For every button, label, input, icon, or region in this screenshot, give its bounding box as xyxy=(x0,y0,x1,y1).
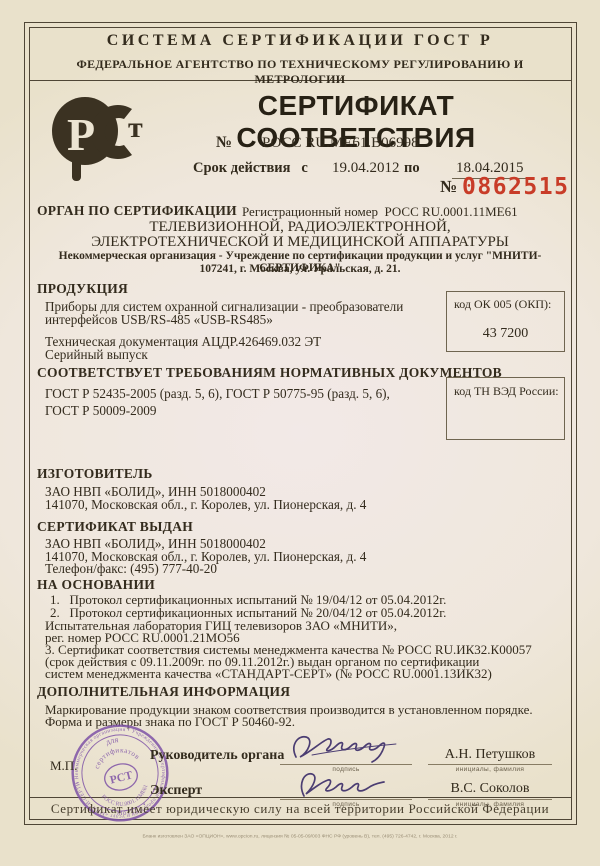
issued-to-section-label: СЕРТИФИКАТ ВЫДАН xyxy=(37,519,193,535)
conformity-line: ГОСТ Р 50009-2009 xyxy=(45,403,157,419)
tnved-code-box: код ТН ВЭД России: xyxy=(446,377,565,440)
head-signature-line xyxy=(280,764,412,765)
expert-role-label: Эксперт xyxy=(150,783,202,799)
cert-no-label: № xyxy=(216,134,232,152)
expert-signature-line xyxy=(280,799,412,800)
form-no-label: № xyxy=(440,177,457,197)
okp-label: код ОК 005 (ОКП): xyxy=(447,292,564,312)
blank-maker-fine-print: Бланк изготовлен ЗАО «ОПЦИОН», www.opcio… xyxy=(133,833,468,839)
product-section-label: ПРОДУКЦИЯ xyxy=(37,281,128,297)
head-name-caption: инициалы, фамилия xyxy=(428,766,552,773)
head-name-line xyxy=(428,764,552,765)
conformity-section-label: СООТВЕТСТВУЕТ ТРЕБОВАНИЯМ НОРМАТИВНЫХ ДО… xyxy=(37,365,502,381)
expert-name: В.С. Соколов xyxy=(428,781,552,797)
tnved-label: код ТН ВЭД России: xyxy=(447,378,564,399)
org-name-line2: ЭЛЕКТРОТЕХНИЧЕСКОЙ И МЕДИЦИНСКОЙ АППАРАТ… xyxy=(30,234,570,251)
gost-r-mark-icon: Р С т xyxy=(52,93,152,188)
stamp-emblem: РСТ xyxy=(109,769,134,786)
legal-statement: Сертификат имеет юридическую силу на все… xyxy=(30,801,570,817)
agency-title: ФЕДЕРАЛЬНОЕ АГЕНТСТВО ПО ТЕХНИЧЕСКОМУ РЕ… xyxy=(30,57,570,87)
svg-text:для: для xyxy=(104,735,120,748)
validity-label: Срок действия с xyxy=(193,160,308,177)
product-issue-type: Серийный выпуск xyxy=(45,347,148,363)
org-address: 107241, г. Москва, ул. Уральская, д. 21. xyxy=(30,263,570,275)
certificate-page: СИСТЕМА СЕРТИФИКАЦИИ ГОСТ Р ФЕДЕРАЛЬНОЕ … xyxy=(0,0,600,866)
head-role-label: Руководитель органа xyxy=(150,748,284,764)
expert-name-line xyxy=(428,799,552,800)
product-line: интерфейсов USB/RS-485 «USB-RS485» xyxy=(45,312,273,328)
valid-from-date: 19.04.2012 xyxy=(332,160,400,177)
conformity-line: ГОСТ Р 52435-2005 (разд. 5, 6), ГОСТ Р 5… xyxy=(45,386,390,402)
expert-signature xyxy=(288,766,403,806)
basis-line: систем менеджмента качества «СТАНДАРТ-СЕ… xyxy=(45,666,492,682)
basis-section-label: НА ОСНОВАНИИ xyxy=(37,577,155,593)
stamp-place-label: М.П. xyxy=(50,758,77,774)
logo-letter-t: т xyxy=(128,111,143,144)
stamp-purpose-line1: для xyxy=(104,735,120,748)
okp-code-box: код ОК 005 (ОКП): 43 7200 xyxy=(446,291,565,352)
org-reg-number: Регистрационный номер РОСС RU.0001.11МЕ6… xyxy=(242,204,518,220)
additional-section-label: ДОПОЛНИТЕЛЬНАЯ ИНФОРМАЦИЯ xyxy=(37,684,290,700)
valid-to-label: по xyxy=(404,160,420,177)
issued-to-line: Телефон/факс: (495) 777-40-20 xyxy=(45,561,217,577)
cert-no-value: РОСС RU.ME61.B06998 xyxy=(262,135,419,152)
okp-value: 43 7200 xyxy=(447,326,564,342)
stamp-purpose-line2: сертификатов xyxy=(89,741,142,772)
head-name: А.Н. Петушков xyxy=(428,747,552,763)
manufacturer-line: 141070, Московская обл., г. Королев, ул.… xyxy=(45,497,366,513)
form-no-value: 0862515 xyxy=(462,174,569,200)
manufacturer-section-label: ИЗГОТОВИТЕЛЬ xyxy=(37,466,153,482)
svg-text:сертификатов: сертификатов xyxy=(89,741,142,772)
org-section-label: ОРГАН ПО СЕРТИФИКАЦИИ xyxy=(37,203,237,219)
logo-letter-p: Р xyxy=(67,109,95,160)
system-title: СИСТЕМА СЕРТИФИКАЦИИ ГОСТ Р xyxy=(30,32,570,50)
